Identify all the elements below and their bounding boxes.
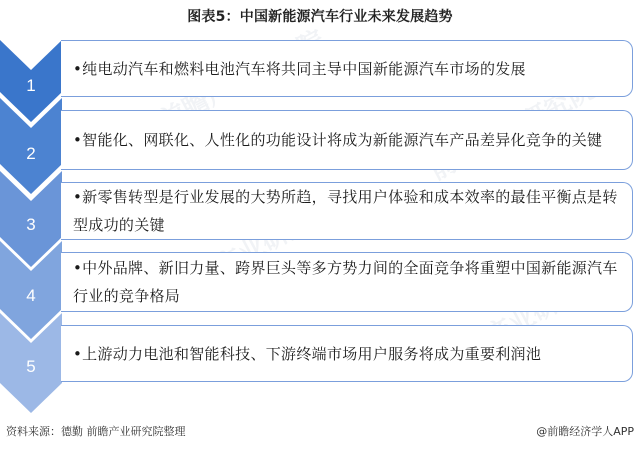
step-number: 1 (0, 76, 62, 96)
step-text: •智能化、网联化、人性化的功能设计将成为新能源汽车产品差异化竞争的关键 (73, 126, 602, 154)
step-text: •新零售转型是行业发展的大势所趋，寻找用户体验和成本效率的最佳平衡点是转型成功的… (73, 183, 622, 239)
step-box: •上游动力电池和智能科技、下游终端市场用户服务将成为重要利润池 (61, 325, 633, 382)
source-note: 资料来源：德勤 前瞻产业研究院整理 (6, 423, 186, 439)
step-box: •纯电动汽车和燃料电池汽车将共同主导中国新能源汽车市场的发展 (61, 40, 633, 97)
step-box: •智能化、网联化、人性化的功能设计将成为新能源汽车产品差异化竞争的关键 (61, 110, 633, 170)
step-text: •纯电动汽车和燃料电池汽车将共同主导中国新能源汽车市场的发展 (73, 55, 526, 83)
step-number: 4 (0, 286, 62, 306)
step-number: 3 (0, 215, 62, 235)
step-number: 5 (0, 357, 62, 377)
step-text: •上游动力电池和智能科技、下游终端市场用户服务将成为重要利润池 (73, 340, 541, 368)
credit-note: @前瞻经济学人APP (536, 423, 634, 439)
step-text: •中外品牌、新旧力量、跨界巨头等多方势力间的全面竞争将重塑中国新能源汽车行业的竞… (73, 254, 622, 310)
step-box: •中外品牌、新旧力量、跨界巨头等多方势力间的全面竞争将重塑中国新能源汽车行业的竞… (61, 252, 633, 312)
step-box: •新零售转型是行业发展的大势所趋，寻找用户体验和成本效率的最佳平衡点是转型成功的… (61, 182, 633, 240)
step-number: 2 (0, 144, 62, 164)
chart-title: 图表5：中国新能源汽车行业未来发展趋势 (0, 6, 640, 26)
